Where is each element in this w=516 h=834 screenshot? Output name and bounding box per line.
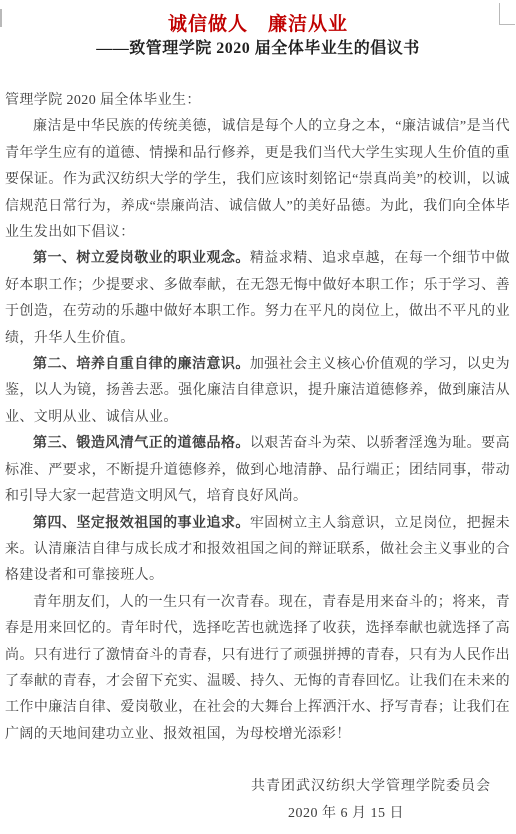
- paragraph-lead: 第二、培养自重自律的廉洁意识。: [33, 357, 250, 372]
- document-subtitle: ——致管理学院 2020 届全体毕业生的倡议书: [0, 38, 516, 60]
- date-line: 2020 年 6 月 15 日: [5, 801, 510, 827]
- text-boundary-mark-right-horizontal: [499, 24, 515, 25]
- document-title: 诚信做人 廉洁从业: [0, 12, 516, 38]
- paragraph-lead: 第一、树立爱岗敬业的职业观念。: [33, 251, 250, 266]
- paragraph: 青年朋友们，人的一生只有一次青春。现在，青春是用来奋斗的；将来，青春是用来回忆的…: [5, 590, 510, 748]
- text-boundary-mark-left: [0, 9, 2, 27]
- document-body: 管理学院 2020 届全体毕业生： 廉洁是中华民族的传统美德，诚信是每个人的立身…: [5, 88, 510, 827]
- title-block: 诚信做人 廉洁从业 ——致管理学院 2020 届全体毕业生的倡议书: [0, 0, 516, 60]
- paragraph: 第二、培养自重自律的廉洁意识。加强社会主义核心价值观的学习，以史为鉴，以人为镜，…: [5, 352, 510, 431]
- paragraph-lead: 第四、坚定报效祖国的事业追求。: [33, 516, 250, 531]
- paragraph-text: 青年朋友们，人的一生只有一次青春。现在，青春是用来奋斗的；将来，青春是用来回忆的…: [5, 595, 510, 742]
- text-boundary-mark-right-vertical: [499, 3, 500, 25]
- document-page: 诚信做人 廉洁从业 ——致管理学院 2020 届全体毕业生的倡议书 管理学院 2…: [0, 0, 516, 834]
- paragraph: 第四、坚定报效祖国的事业追求。牢固树立主人翁意识，立足岗位，把握未来。认清廉洁自…: [5, 511, 510, 590]
- paragraph-lead: 第三、锻造风清气正的道德品格。: [33, 436, 250, 451]
- salutation: 管理学院 2020 届全体毕业生：: [5, 88, 510, 114]
- paragraph: 廉洁是中华民族的传统美德，诚信是每个人的立身之本，“廉洁诚信”是当代青年学生应有…: [5, 114, 510, 246]
- paragraph-text: 廉洁是中华民族的传统美德，诚信是每个人的立身之本，“廉洁诚信”是当代青年学生应有…: [5, 119, 510, 240]
- paragraph: 第三、锻造风清气正的道德品格。以艰苦奋斗为荣、以骄奢淫逸为耻。要高标准、严要求，…: [5, 431, 510, 510]
- signature-line: 共青团武汉纺织大学管理学院委员会: [5, 774, 510, 800]
- paragraph: 第一、树立爱岗敬业的职业观念。精益求精、追求卓越，在每一个细节中做好本职工作；少…: [5, 246, 510, 352]
- signature-block: 共青团武汉纺织大学管理学院委员会 2020 年 6 月 15 日: [5, 774, 510, 827]
